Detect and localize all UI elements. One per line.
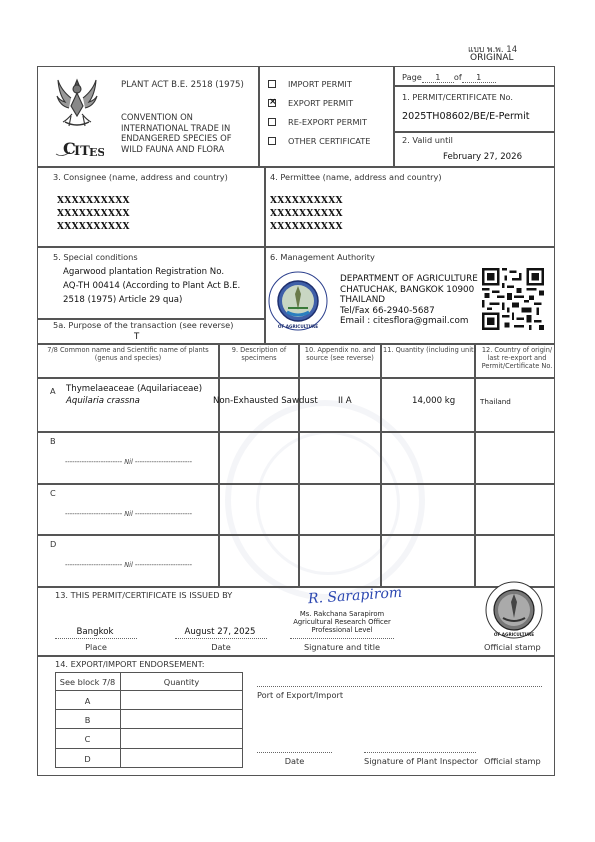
page-indicator: Page1of1: [402, 72, 496, 83]
import-permit-checkbox[interactable]: [268, 80, 276, 88]
row-letter: A: [50, 386, 56, 396]
garuda-emblem-icon: [55, 76, 99, 134]
import-permit-label: IMPORT PERMIT: [288, 79, 352, 89]
qr-code-icon[interactable]: [482, 268, 544, 330]
endorsement-label: 14. EXPORT/IMPORT ENDORSEMENT:: [55, 659, 205, 669]
scientific-name: Aquilaria crassna: [66, 396, 140, 406]
issue-date: August 27, 2025: [175, 627, 265, 637]
permit-no-value: 2025TH08602/BE/E-Permit: [402, 111, 530, 122]
col-header-description: 9. Description of specimens: [222, 346, 296, 362]
plant-act-title: PLANT ACT B.E. 2518 (1975): [121, 80, 244, 90]
specimen-description: Non-Exhausted Sawdust: [213, 396, 318, 406]
reexport-permit-checkbox[interactable]: [268, 118, 276, 126]
signature-title-label: Signature and title: [283, 642, 401, 652]
permit-no-label: 1. PERMIT/CERTIFICATE No.: [402, 92, 513, 102]
common-name: Thymelaeaceae (Aquilariaceae): [66, 384, 202, 394]
copy-type: ORIGINAL: [470, 53, 514, 63]
purpose-label: 5a. Purpose of the transaction (see reve…: [53, 320, 233, 330]
other-certificate-checkbox[interactable]: [268, 137, 276, 145]
management-authority-address: DEPARTMENT OF AGRICULTURE CHATUCHAK, BAN…: [340, 274, 478, 327]
endorse-row-b: B: [55, 715, 120, 725]
export-permit-checkbox[interactable]: [268, 99, 276, 107]
other-certificate-label: OTHER CERTIFICATE: [288, 136, 370, 146]
quantity: 14,000 kg: [412, 396, 455, 406]
nil-entry: ------------------------ Nil -----------…: [65, 458, 192, 466]
col-header-quantity: 11. Quantity (including unit): [383, 346, 475, 354]
endorse-col-block: See block 7/8: [55, 677, 120, 687]
signer-info: Ms. Rakchana Sarapirom Agricultural Rese…: [283, 610, 401, 634]
department-seal-icon: OF AGRICULTURE: [267, 270, 329, 332]
permittee-value: XXXXXXXXXX XXXXXXXXXX XXXXXXXXXX: [270, 195, 343, 234]
svg-text:IT: IT: [74, 144, 90, 159]
svg-text:OF AGRICULTURE: OF AGRICULTURE: [494, 632, 534, 637]
special-conditions-label: 5. Special conditions: [53, 252, 138, 262]
appendix: II A: [338, 396, 352, 406]
issue-place: Bangkok: [55, 627, 135, 637]
endorse-date-label: Date: [257, 756, 332, 766]
permittee-label: 4. Permittee (name, address and country): [270, 172, 442, 182]
consignee-value: XXXXXXXXXX XXXXXXXXXX XXXXXXXXXX: [57, 195, 130, 234]
col-header-name: 7/8 Common name and Scientific name of p…: [39, 346, 217, 362]
country-of-origin: Thailand: [480, 397, 511, 406]
endorse-stamp-label: Official stamp: [484, 756, 541, 766]
row-letter: C: [50, 488, 56, 498]
port-label: Port of Export/Import: [257, 690, 343, 700]
export-permit-label: EXPORT PERMIT: [288, 98, 353, 108]
valid-until-label: 2. Valid until: [402, 135, 453, 145]
consignee-label: 3. Consignee (name, address and country): [53, 172, 228, 182]
col-header-appendix: 10. Appendix no. and source (see reverse…: [301, 346, 379, 362]
row-letter: B: [50, 436, 56, 446]
nil-entry: ------------------------ Nil -----------…: [65, 510, 192, 518]
reexport-permit-label: RE-EXPORT PERMIT: [288, 117, 367, 127]
date-label: Date: [175, 642, 267, 652]
valid-until-value: February 27, 2026: [443, 152, 522, 162]
purpose-value: T: [134, 332, 139, 342]
management-authority-label: 6. Management Authority: [270, 252, 375, 262]
official-stamp-label: Official stamp: [484, 642, 541, 652]
endorse-row-d: D: [55, 754, 120, 764]
endorse-row-c: C: [55, 734, 120, 744]
nil-entry: ------------------------ Nil -----------…: [65, 561, 192, 569]
issued-by-label: 13. THIS PERMIT/CERTIFICATE IS ISSUED BY: [55, 590, 232, 600]
plant-inspector-label: Signature of Plant Inspector: [364, 756, 478, 766]
svg-text:ES: ES: [89, 146, 104, 159]
special-conditions-value: Agarwood plantation Registration No. AQ-…: [63, 265, 240, 307]
official-stamp-icon: OF AGRICULTURE: [484, 580, 544, 640]
place-label: Place: [55, 642, 137, 652]
endorse-col-quantity: Quantity: [120, 677, 243, 687]
svg-text:OF AGRICULTURE: OF AGRICULTURE: [278, 324, 318, 329]
row-letter: D: [50, 539, 56, 549]
cites-logo: C IT ES: [54, 134, 104, 160]
col-header-origin: 12. Country of origin/ last re-export an…: [477, 346, 557, 370]
convention-title: CONVENTION ON INTERNATIONAL TRADE IN END…: [121, 112, 232, 154]
endorse-row-a: A: [55, 696, 120, 706]
